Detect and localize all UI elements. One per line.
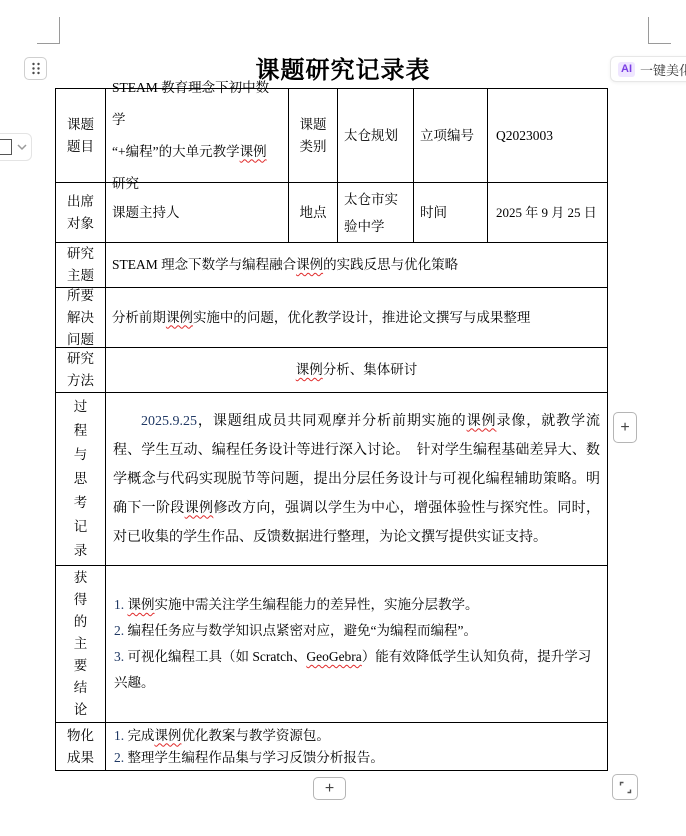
cell-method-value[interactable]: 课例分析、集体研讨 <box>106 348 608 393</box>
cell-process-label[interactable]: 过程与思考记录 <box>56 393 106 566</box>
conclusion-item: 3. 可视化编程工具（如 Scratch、GeoGebra）能有效降低学生认知负… <box>114 644 599 696</box>
chevron-down-icon[interactable] <box>17 144 27 151</box>
plus-icon: + <box>620 420 629 436</box>
cell-project-number-label[interactable]: 立项编号 <box>414 89 488 183</box>
expand-table-button[interactable] <box>612 774 638 800</box>
table-row-topic: 课题题目 STEAM 教育理念下初中数学 “+编程”的大单元教学课例 研究 课题… <box>56 89 608 183</box>
cell-category-label[interactable]: 课题类别 <box>289 89 338 183</box>
cell-time-value[interactable]: 2025 年 9 月 25 日 <box>488 183 608 243</box>
outcome-item: 2. 整理学生编程作品集与学习反馈分析报告。 <box>114 747 599 769</box>
cell-project-number-value[interactable]: Q2023003 <box>488 89 608 183</box>
cell-conclusions-label[interactable]: 获得的主要结论 <box>56 566 106 723</box>
table-row-theme: 研究主题 STEAM 理念下数学与编程融合课例的实践反思与优化策略 <box>56 243 608 288</box>
process-paragraph: 2025.9.25，课题组成员共同观摩并分析前期实施的课例录像，就教学流程、学生… <box>106 401 607 558</box>
table-row-conclusions: 获得的主要结论 1. 课例实施中需关注学生编程能力的差异性，实施分层教学。 2.… <box>56 566 608 723</box>
cell-attendees-value[interactable]: 课题主持人 <box>106 183 289 243</box>
table-row-attendees: 出席对象 课题主持人 地点 太仓市实验中学 时间 2025 年 9 月 25 日 <box>56 183 608 243</box>
expand-icon <box>619 781 632 794</box>
table-row-process: 过程与思考记录 2025.9.25，课题组成员共同观摩并分析前期实施的课例录像，… <box>56 393 608 566</box>
cell-outcomes-value[interactable]: 1. 完成课例优化教案与教学资源包。 2. 整理学生编程作品集与学习反馈分析报告… <box>106 723 608 771</box>
plus-icon: + <box>325 781 334 797</box>
cell-topic-title[interactable]: STEAM 教育理念下初中数学 “+编程”的大单元教学课例 研究 <box>112 72 282 200</box>
cell-place-value[interactable]: 太仓市实验中学 <box>338 183 414 243</box>
cell-category-value[interactable]: 太仓规划 <box>338 89 414 183</box>
conclusion-item: 1. 课例实施中需关注学生编程能力的差异性，实施分层教学。 <box>114 592 599 618</box>
conclusion-item: 2. 编程任务应与数学知识点紧密对应，避免“为编程而编程”。 <box>114 618 599 644</box>
page-margin-mark-topright <box>648 17 671 44</box>
page-margin-mark-topleft <box>37 17 60 44</box>
table-tool-button[interactable] <box>0 133 32 161</box>
cell-topic-label[interactable]: 课题题目 <box>56 89 106 183</box>
table-row-method: 研究方法 课例分析、集体研讨 <box>56 348 608 393</box>
outcome-item: 1. 完成课例优化教案与教学资源包。 <box>114 725 599 747</box>
cell-place-label[interactable]: 地点 <box>289 183 338 243</box>
add-row-button[interactable]: + <box>313 777 346 800</box>
cell-theme-value[interactable]: STEAM 理念下数学与编程融合课例的实践反思与优化策略 <box>106 243 608 288</box>
cell-theme-label[interactable]: 研究主题 <box>56 243 106 288</box>
table-select-icon <box>0 139 12 155</box>
research-record-table: 课题题目 STEAM 教育理念下初中数学 “+编程”的大单元教学课例 研究 课题… <box>55 88 608 771</box>
page-title[interactable]: 课题研究记录表 <box>0 50 686 85</box>
cell-process-value[interactable]: 2025.9.25，课题组成员共同观摩并分析前期实施的课例录像，就教学流程、学生… <box>106 393 608 566</box>
add-column-button[interactable]: + <box>613 412 637 443</box>
cell-problems-value[interactable]: 分析前期课例实施中的问题，优化教学设计，推进论文撰写与成果整理 <box>106 288 608 348</box>
cell-conclusions-value[interactable]: 1. 课例实施中需关注学生编程能力的差异性，实施分层教学。 2. 编程任务应与数… <box>106 566 608 723</box>
cell-outcomes-label[interactable]: 物化成果 <box>56 723 106 771</box>
cell-method-label[interactable]: 研究方法 <box>56 348 106 393</box>
table-row-problems: 所要解决问题 分析前期课例实施中的问题，优化教学设计，推进论文撰写与成果整理 <box>56 288 608 348</box>
table-row-outcomes: 物化成果 1. 完成课例优化教案与教学资源包。 2. 整理学生编程作品集与学习反… <box>56 723 608 771</box>
cell-time-label[interactable]: 时间 <box>414 183 488 243</box>
cell-problems-label[interactable]: 所要解决问题 <box>56 288 106 348</box>
cell-attendees-label[interactable]: 出席对象 <box>56 183 106 243</box>
